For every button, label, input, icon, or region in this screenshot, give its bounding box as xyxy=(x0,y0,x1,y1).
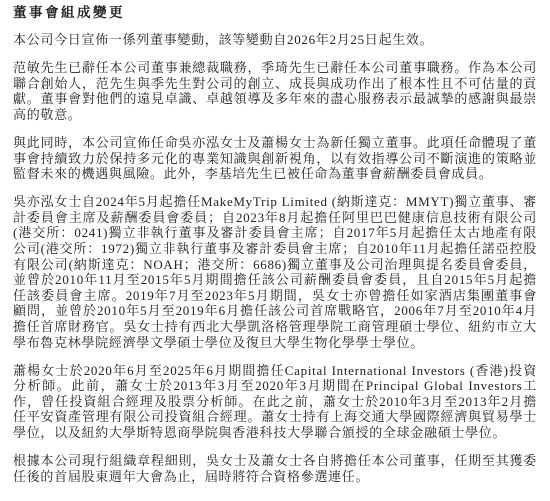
board-change-announcement-document: 董事會組成變更 本公司今日宣佈一係列董事變動，該等變動自2026年2月25日起生… xyxy=(0,0,550,484)
paragraph-term-and-re-election: 根據本公司現行組織章程細則，吳女士及蕭女士各自將擔任本公司董事，任期至其獲委任後… xyxy=(13,453,537,484)
document-title: 董事會組成變更 xyxy=(13,4,537,21)
paragraph-bio-ms-wu-yihong: 吳亦泓女士自2024年5月起擔任MakeMyTrip Limited (納斯達克… xyxy=(13,194,537,350)
paragraph-effective-date-announcement: 本公司今日宣佈一係列董事變動，該等變動自2026年2月25日起生效。 xyxy=(13,32,537,48)
paragraph-bio-ms-xiao-yang: 蕭楊女士於2020年6月至2025年6月期間擔任Capital Internat… xyxy=(13,363,537,441)
paragraph-director-resignations: 范敏先生已辭任本公司董事兼總裁職務，季琦先生已辭任本公司董事職務。作為本公司聯合… xyxy=(13,60,537,122)
paragraph-new-independent-directors: 與此同時，本公司宣佈任命吳亦泓女士及蕭楊女士為新任獨立董事。此項任命體現了董事會… xyxy=(13,135,537,182)
